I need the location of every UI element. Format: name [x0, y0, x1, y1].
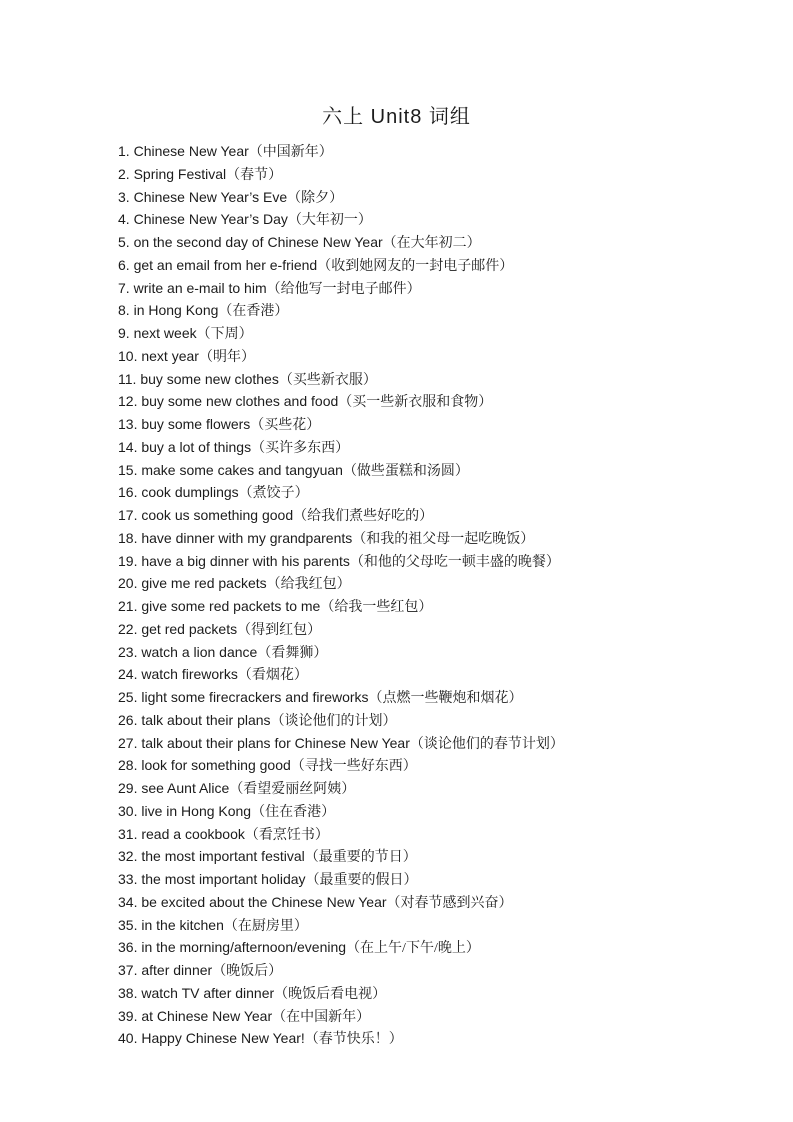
list-item: 29. see Aunt Alice（看望爱丽丝阿姨）: [118, 778, 733, 801]
list-item: 26. talk about their plans（谈论他们的计划）: [118, 710, 733, 733]
item-english: live in Hong Kong: [141, 803, 251, 819]
item-number: 16.: [118, 484, 141, 500]
item-english: have dinner with my grandparents: [141, 530, 352, 546]
item-number: 20.: [118, 575, 141, 591]
item-chinese: （谈论他们的春节计划）: [410, 737, 564, 752]
list-item: 33. the most important holiday（最重要的假日）: [118, 869, 733, 892]
list-item: 28. look for something good（寻找一些好东西）: [118, 755, 733, 778]
item-chinese: （春节）: [226, 168, 282, 183]
item-english: talk about their plans: [141, 712, 270, 728]
item-number: 9.: [118, 325, 134, 341]
item-english: in the morning/afternoon/evening: [141, 939, 346, 955]
item-number: 23.: [118, 644, 141, 660]
item-english: on the second day of Chinese New Year: [134, 234, 383, 250]
list-item: 13. buy some flowers（买些花）: [118, 414, 733, 437]
item-english: in the kitchen: [141, 917, 224, 933]
item-english: get an email from her e-friend: [134, 257, 318, 273]
item-chinese: （对春节感到兴奋）: [387, 896, 513, 911]
list-item: 40. Happy Chinese New Year!（春节快乐！）: [118, 1028, 733, 1051]
list-item: 1. Chinese New Year（中国新年）: [118, 141, 733, 164]
item-chinese: （寻找一些好东西）: [291, 759, 417, 774]
item-chinese: （收到她网友的一封电子邮件）: [317, 259, 513, 274]
list-item: 8. in Hong Kong（在香港）: [118, 300, 733, 323]
item-number: 38.: [118, 985, 141, 1001]
item-chinese: （看烹饪书）: [245, 828, 329, 843]
item-number: 6.: [118, 257, 134, 273]
item-chinese: （最重要的假日）: [306, 873, 418, 888]
item-number: 5.: [118, 234, 134, 250]
item-english: make some cakes and tangyuan: [141, 462, 343, 478]
list-item: 34. be excited about the Chinese New Yea…: [118, 892, 733, 915]
item-chinese: （给我一些红包）: [320, 600, 432, 615]
page-title: 六上 Unit8 词组: [0, 100, 793, 129]
item-number: 19.: [118, 553, 141, 569]
item-english: Chinese New Year: [134, 143, 249, 159]
item-english: be excited about the Chinese New Year: [141, 894, 386, 910]
list-item: 9. next week（下周）: [118, 323, 733, 346]
item-number: 37.: [118, 962, 141, 978]
list-item: 3. Chinese New Year’s Eve（除夕）: [118, 187, 733, 210]
item-chinese: （给我红包）: [267, 577, 351, 592]
item-english: Chinese New Year’s Day: [134, 211, 288, 227]
item-chinese: （得到红包）: [237, 623, 321, 638]
item-english: in Hong Kong: [134, 302, 219, 318]
item-chinese: （煮饺子）: [239, 486, 309, 501]
item-chinese: （买一些新衣服和食物）: [338, 395, 492, 410]
item-chinese: （点燃一些鞭炮和烟花）: [369, 691, 523, 706]
item-number: 8.: [118, 302, 134, 318]
item-chinese: （春节快乐！）: [305, 1032, 403, 1047]
item-chinese: （给他写一封电子邮件）: [267, 282, 421, 297]
item-english: cook dumplings: [141, 484, 238, 500]
item-chinese: （晚饭后）: [212, 964, 282, 979]
item-english: talk about their plans for Chinese New Y…: [141, 735, 410, 751]
item-english: watch a lion dance: [141, 644, 257, 660]
item-number: 4.: [118, 211, 134, 227]
list-item: 21. give some red packets to me（给我一些红包）: [118, 596, 733, 619]
item-english: have a big dinner with his parents: [141, 553, 350, 569]
item-english: give me red packets: [141, 575, 266, 591]
list-item: 27. talk about their plans for Chinese N…: [118, 733, 733, 756]
item-english: at Chinese New Year: [141, 1008, 272, 1024]
document-page: 六上 Unit8 词组 1. Chinese New Year（中国新年）2. …: [0, 0, 793, 1122]
list-item: 18. have dinner with my grandparents（和我的…: [118, 528, 733, 551]
item-number: 1.: [118, 143, 134, 159]
list-item: 32. the most important festival（最重要的节日）: [118, 846, 733, 869]
item-english: cook us something good: [141, 507, 293, 523]
item-chinese: （最重要的节日）: [305, 850, 417, 865]
list-item: 23. watch a lion dance（看舞狮）: [118, 642, 733, 665]
item-english: see Aunt Alice: [141, 780, 229, 796]
item-english: after dinner: [141, 962, 212, 978]
item-number: 35.: [118, 917, 141, 933]
list-item: 31. read a cookbook（看烹饪书）: [118, 824, 733, 847]
item-number: 31.: [118, 826, 141, 842]
item-number: 22.: [118, 621, 141, 637]
item-chinese: （买些新衣服）: [279, 373, 377, 388]
item-chinese: （住在香港）: [251, 805, 335, 820]
item-number: 39.: [118, 1008, 141, 1024]
item-chinese: （在厨房里）: [224, 919, 308, 934]
item-english: light some firecrackers and fireworks: [141, 689, 368, 705]
item-chinese: （给我们煮些好吃的）: [293, 509, 433, 524]
item-chinese: （和他的父母吃一顿丰盛的晚餐）: [350, 555, 560, 570]
item-chinese: （在中国新年）: [272, 1010, 370, 1025]
list-item: 25. light some firecrackers and firework…: [118, 687, 733, 710]
item-english: buy some new clothes: [140, 371, 279, 387]
list-item: 4. Chinese New Year’s Day（大年初一）: [118, 209, 733, 232]
item-chinese: （看烟花）: [238, 668, 308, 683]
item-number: 25.: [118, 689, 141, 705]
item-chinese: （买许多东西）: [251, 441, 349, 456]
item-number: 17.: [118, 507, 141, 523]
item-english: next year: [141, 348, 199, 364]
list-item: 11. buy some new clothes（买些新衣服）: [118, 369, 733, 392]
item-number: 24.: [118, 666, 141, 682]
list-item: 24. watch fireworks（看烟花）: [118, 664, 733, 687]
item-number: 30.: [118, 803, 141, 819]
list-item: 2. Spring Festival（春节）: [118, 164, 733, 187]
list-item: 38. watch TV after dinner（晚饭后看电视）: [118, 983, 733, 1006]
list-item: 17. cook us something good（给我们煮些好吃的）: [118, 505, 733, 528]
item-chinese: （在上午/下午/晚上）: [346, 941, 480, 956]
item-chinese: （在大年初二）: [383, 236, 481, 251]
item-chinese: （大年初一）: [288, 213, 372, 228]
item-number: 33.: [118, 871, 141, 887]
item-chinese: （看舞狮）: [257, 646, 327, 661]
list-item: 7. write an e-mail to him（给他写一封电子邮件）: [118, 278, 733, 301]
list-item: 6. get an email from her e-friend（收到她网友的…: [118, 255, 733, 278]
list-item: 36. in the morning/afternoon/evening（在上午…: [118, 937, 733, 960]
item-number: 11.: [118, 371, 140, 387]
item-english: watch TV after dinner: [141, 985, 274, 1001]
list-item: 12. buy some new clothes and food（买一些新衣服…: [118, 391, 733, 414]
item-english: write an e-mail to him: [134, 280, 267, 296]
item-english: read a cookbook: [141, 826, 245, 842]
item-number: 2.: [118, 166, 134, 182]
list-item: 5. on the second day of Chinese New Year…: [118, 232, 733, 255]
item-number: 7.: [118, 280, 134, 296]
list-item: 35. in the kitchen（在厨房里）: [118, 915, 733, 938]
item-number: 3.: [118, 189, 134, 205]
item-number: 18.: [118, 530, 141, 546]
item-chinese: （和我的祖父母一起吃晚饭）: [352, 532, 534, 547]
item-number: 15.: [118, 462, 141, 478]
item-chinese: （中国新年）: [249, 145, 333, 160]
item-chinese: （除夕）: [287, 191, 343, 206]
item-english: give some red packets to me: [141, 598, 320, 614]
item-number: 32.: [118, 848, 141, 864]
item-chinese: （做些蛋糕和汤圆）: [343, 464, 469, 479]
item-number: 12.: [118, 393, 141, 409]
list-item: 30. live in Hong Kong（住在香港）: [118, 801, 733, 824]
item-number: 34.: [118, 894, 141, 910]
item-english: the most important holiday: [141, 871, 305, 887]
list-item: 14. buy a lot of things（买许多东西）: [118, 437, 733, 460]
item-number: 40.: [118, 1030, 141, 1046]
item-number: 26.: [118, 712, 141, 728]
item-number: 27.: [118, 735, 141, 751]
phrase-list: 1. Chinese New Year（中国新年）2. Spring Festi…: [118, 141, 733, 1051]
item-chinese: （晚饭后看电视）: [274, 987, 386, 1002]
list-item: 19. have a big dinner with his parents（和…: [118, 551, 733, 574]
item-english: Spring Festival: [134, 166, 227, 182]
item-number: 13.: [118, 416, 141, 432]
item-english: Happy Chinese New Year!: [141, 1030, 304, 1046]
item-english: get red packets: [141, 621, 237, 637]
item-chinese: （看望爱丽丝阿姨）: [229, 782, 355, 797]
item-number: 36.: [118, 939, 141, 955]
list-item: 10. next year（明年）: [118, 346, 733, 369]
item-chinese: （在香港）: [218, 304, 288, 319]
item-chinese: （下周）: [197, 327, 253, 342]
list-item: 16. cook dumplings（煮饺子）: [118, 482, 733, 505]
list-item: 39. at Chinese New Year（在中国新年）: [118, 1006, 733, 1029]
list-item: 15. make some cakes and tangyuan（做些蛋糕和汤圆…: [118, 460, 733, 483]
item-english: buy a lot of things: [141, 439, 251, 455]
item-english: next week: [134, 325, 197, 341]
item-number: 10.: [118, 348, 141, 364]
item-english: Chinese New Year’s Eve: [134, 189, 288, 205]
item-chinese: （买些花）: [250, 418, 320, 433]
item-english: look for something good: [141, 757, 290, 773]
item-number: 29.: [118, 780, 141, 796]
list-item: 37. after dinner（晚饭后）: [118, 960, 733, 983]
item-english: watch fireworks: [141, 666, 237, 682]
item-chinese: （谈论他们的计划）: [271, 714, 397, 729]
item-number: 28.: [118, 757, 141, 773]
item-english: buy some new clothes and food: [141, 393, 338, 409]
item-english: buy some flowers: [141, 416, 250, 432]
list-item: 20. give me red packets（给我红包）: [118, 573, 733, 596]
item-chinese: （明年）: [199, 350, 255, 365]
list-item: 22. get red packets（得到红包）: [118, 619, 733, 642]
item-english: the most important festival: [141, 848, 304, 864]
item-number: 14.: [118, 439, 141, 455]
item-number: 21.: [118, 598, 141, 614]
